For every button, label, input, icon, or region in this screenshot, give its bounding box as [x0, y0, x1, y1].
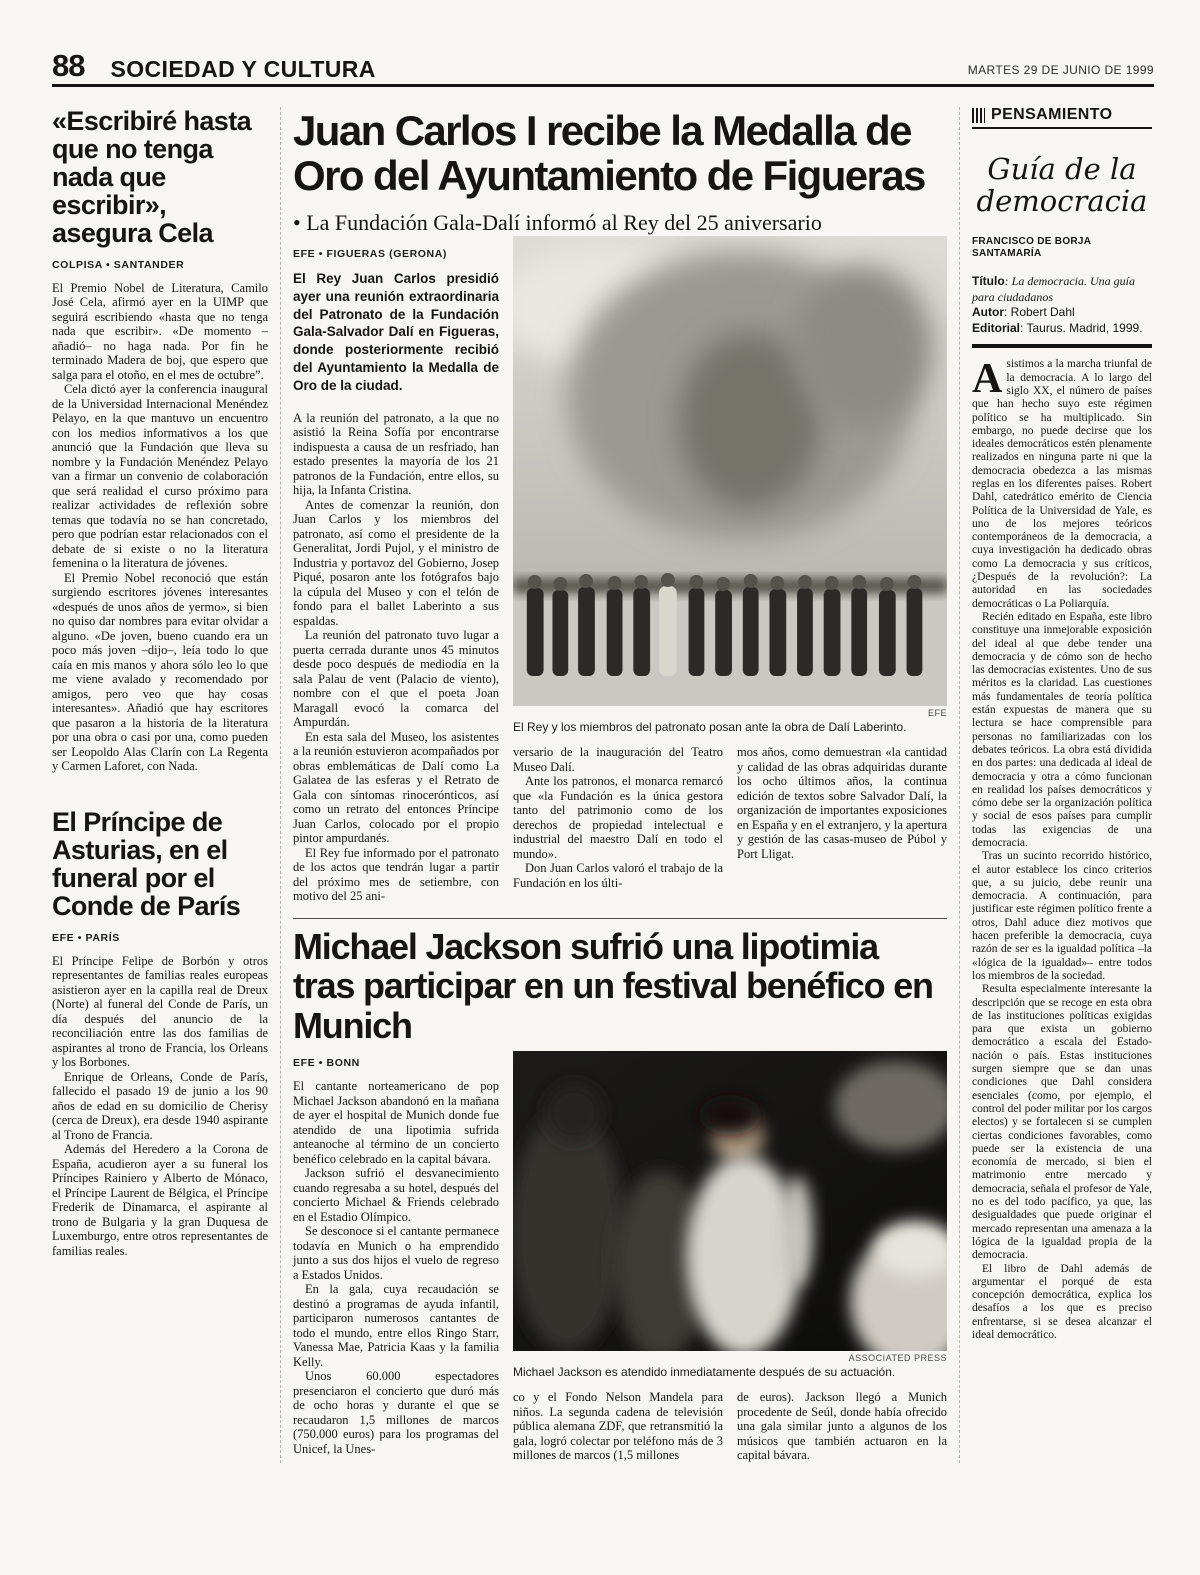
section-title: SOCIEDAD Y CULTURA — [110, 58, 375, 81]
jackson-photo-column: ASSOCIATED PRESS Michael Jackson es aten… — [513, 1045, 947, 1462]
funeral-byline: EFE • PARÍS — [52, 932, 268, 945]
body-paragraph: Recién editado en España, este libro con… — [972, 611, 1152, 850]
body-paragraph: El Premio Nobel reconoció que están surg… — [52, 571, 268, 774]
book-editorial-row: Editorial: Taurus. Madrid, 1999. — [972, 321, 1152, 337]
body-paragraph: mos años, como demuestran «la cantidad y… — [737, 745, 947, 861]
body-paragraph: A la reunión del patronato, a la que no … — [293, 411, 499, 498]
book-info: Título: La democracia. Una guía para ciu… — [972, 274, 1152, 336]
dali-photo — [513, 236, 947, 706]
review-byline: FRANCISCO DE BORJA SANTAMARÍA — [972, 236, 1152, 260]
book-editorial-value: : Taurus. Madrid, 1999. — [1020, 321, 1143, 335]
cela-article: «Escribiré hasta que no tenga nada que e… — [52, 107, 268, 774]
body-paragraph: En esta sala del Museo, los asistentes a… — [293, 730, 499, 846]
jackson-cont-right: de euros). Jackson llegó a Munich proced… — [737, 1390, 947, 1463]
body-paragraph: Resulta especialmente interesante la des… — [972, 983, 1152, 1262]
jackson-photo-caption: Michael Jackson es atendido inmediatamen… — [513, 1365, 947, 1380]
dali-article: Juan Carlos I recibe la Medalla de Oro d… — [293, 109, 947, 904]
dali-photo-column: EFE El Rey y los miembros del patronato … — [513, 236, 947, 903]
body-paragraph: El cantante norteamericano de pop Michae… — [293, 1079, 499, 1166]
body-paragraph: versario de la inauguración del Teatro M… — [513, 745, 723, 774]
body-paragraph: Tras un sucinto recorrido histórico, el … — [972, 850, 1152, 983]
pensamiento-stripes-icon — [972, 108, 985, 123]
book-title-label: Título — [972, 274, 1005, 288]
dali-cont-left: versario de la inauguración del Teatro M… — [513, 745, 723, 890]
funeral-body: El Príncipe Felipe de Borbón y otros rep… — [52, 954, 268, 1259]
body-paragraph: El Premio Nobel de Literatura, Camilo Jo… — [52, 281, 268, 383]
dali-photo-credit: EFE — [513, 708, 947, 719]
jackson-cont-left: co y el Fondo Nelson Mandela para niños.… — [513, 1390, 723, 1463]
cela-byline: COLPISA • SANTANDER — [52, 259, 268, 272]
dali-headline: Juan Carlos I recibe la Medalla de Oro d… — [293, 109, 947, 198]
masthead: 88 SOCIEDAD Y CULTURA MARTES 29 DE JUNIO… — [52, 0, 1154, 87]
review-kicker-row: PENSAMIENTO — [972, 107, 1152, 129]
dali-photo-caption: El Rey y los miembros del patronato posa… — [513, 720, 947, 735]
body-paragraph: Antes de comenzar la reunión, don Juan C… — [293, 498, 499, 629]
jackson-headline: Michael Jackson sufrió una lipotimia tra… — [293, 927, 947, 1046]
dali-text-column: EFE • FIGUERAS (GERONA) El Rey Juan Carl… — [293, 236, 499, 903]
jackson-text-column: EFE • BONN El cantante norteamericano de… — [293, 1045, 499, 1462]
dali-body: A la reunión del patronato, a la que no … — [293, 411, 499, 904]
book-editorial-label: Editorial — [972, 321, 1020, 335]
page-columns: «Escribiré hasta que no tenga nada que e… — [52, 87, 1154, 1463]
body-paragraph: Cela dictó ayer la conferencia inaugural… — [52, 382, 268, 571]
cela-body: El Premio Nobel de Literatura, Camilo Jo… — [52, 281, 268, 774]
body-paragraph: Jackson sufrió el desvanecimiento cuando… — [293, 1166, 499, 1224]
page-number: 88 — [52, 50, 84, 81]
dali-lead: El Rey Juan Carlos presidió ayer una reu… — [293, 270, 499, 395]
newspaper-page: 88 SOCIEDAD Y CULTURA MARTES 29 DE JUNIO… — [0, 0, 1200, 1575]
jackson-photo-credit: ASSOCIATED PRESS — [513, 1353, 947, 1364]
review-title: Guía de la democracia — [972, 153, 1152, 218]
edition-date: MARTES 29 DE JUNIO DE 1999 — [968, 64, 1154, 81]
body-paragraph: En la gala, cuya recaudación se destinó … — [293, 1282, 499, 1369]
body-paragraph: Unos 60.000 espectadores presenciaron el… — [293, 1369, 499, 1456]
body-paragraph: Don Juan Carlos valoró el trabajo de la … — [513, 861, 723, 890]
review-body: Asistimos a la marcha triunfal de la dem… — [972, 358, 1152, 1342]
jackson-photo — [513, 1051, 947, 1351]
body-paragraph: Además del Heredero a la Corona de Españ… — [52, 1142, 268, 1258]
body-paragraph: Ante los patronos, el monarca remarcó qu… — [513, 774, 723, 861]
book-author-label: Autor — [972, 305, 1004, 319]
dali-byline: EFE • FIGUERAS (GERONA) — [293, 248, 499, 261]
dali-continuation-columns: versario de la inauguración del Teatro M… — [513, 745, 947, 890]
jackson-continuation-columns: co y el Fondo Nelson Mandela para niños.… — [513, 1390, 947, 1463]
book-title-row: Título: La democracia. Una guía para ciu… — [972, 274, 1152, 305]
body-paragraph: El Rey fue informado por el patronato de… — [293, 846, 499, 904]
left-column: «Escribiré hasta que no tenga nada que e… — [52, 107, 268, 1463]
book-author-value: : Robert Dahl — [1004, 305, 1075, 319]
body-paragraph: Enrique de Orleans, Conde de París, fall… — [52, 1070, 268, 1143]
body-paragraph: Se desconoce si el cantante permanece to… — [293, 1224, 499, 1282]
body-paragraph: El libro de Dahl además de argumentar el… — [972, 1263, 1152, 1343]
dali-layout: EFE • FIGUERAS (GERONA) El Rey Juan Carl… — [293, 236, 947, 903]
body-paragraph: El Príncipe Felipe de Borbón y otros rep… — [52, 954, 268, 1070]
jackson-body: El cantante norteamericano de pop Michae… — [293, 1079, 499, 1456]
cela-headline: «Escribiré hasta que no tenga nada que e… — [52, 107, 268, 247]
body-paragraph: La reunión del patronato tuvo lugar a pu… — [293, 628, 499, 730]
jackson-article: Michael Jackson sufrió una lipotimia tra… — [293, 918, 947, 1463]
main-column: Juan Carlos I recibe la Medalla de Oro d… — [280, 107, 960, 1463]
dali-subhead: • La Fundación Gala-Dalí informó al Rey … — [293, 210, 947, 236]
body-paragraph: Asistimos a la marcha triunfal de la dem… — [972, 358, 1152, 611]
jackson-layout: EFE • BONN El cantante norteamericano de… — [293, 1045, 947, 1462]
funeral-article: El Príncipe de Asturias, en el funeral p… — [52, 808, 268, 1258]
funeral-headline: El Príncipe de Asturias, en el funeral p… — [52, 808, 268, 920]
book-author-row: Autor: Robert Dahl — [972, 305, 1152, 321]
drop-cap: A — [972, 358, 1006, 396]
body-paragraph: co y el Fondo Nelson Mandela para niños.… — [513, 1390, 723, 1463]
review-column: PENSAMIENTO Guía de la democracia FRANCI… — [972, 107, 1152, 1463]
review-kicker: PENSAMIENTO — [991, 107, 1112, 123]
review-divider — [972, 344, 1152, 348]
body-paragraph: de euros). Jackson llegó a Munich proced… — [737, 1390, 947, 1463]
dali-cont-right: mos años, como demuestran «la cantidad y… — [737, 745, 947, 890]
jackson-byline: EFE • BONN — [293, 1057, 499, 1070]
